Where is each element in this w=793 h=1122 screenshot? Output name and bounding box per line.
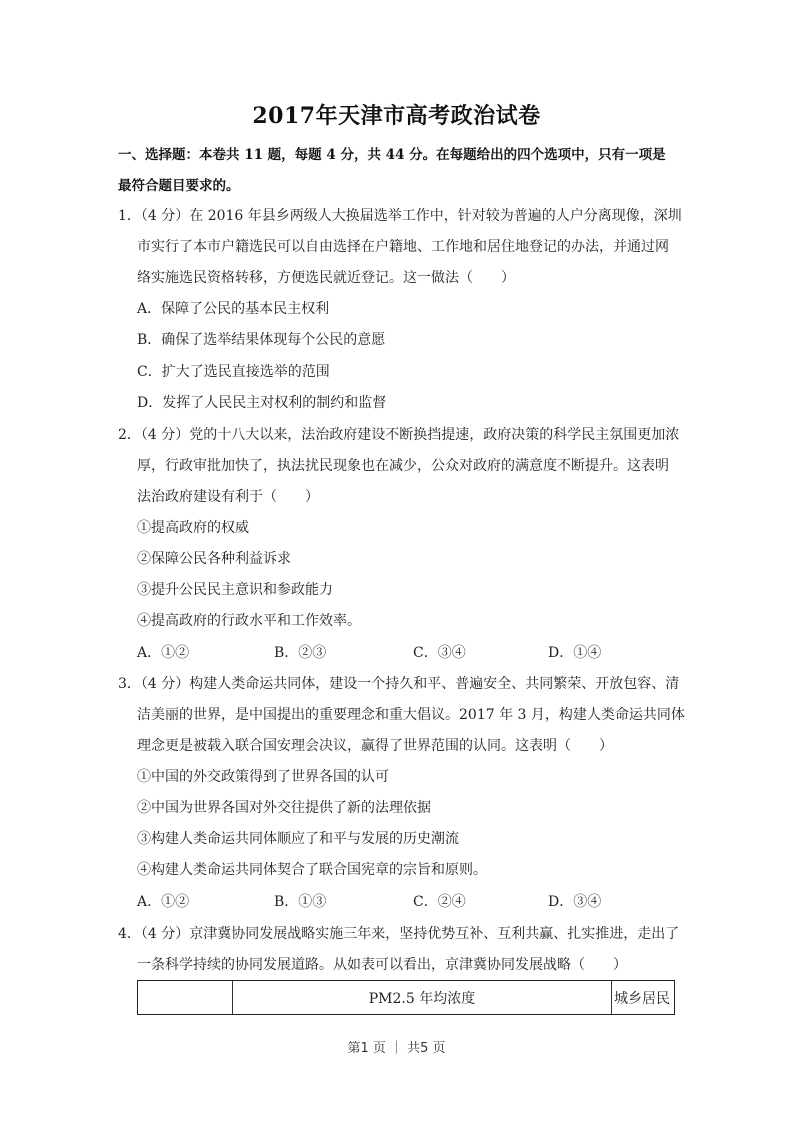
question-3-statement-2: ②中国为世界各国对外交往提供了新的法理依据 — [137, 798, 431, 818]
page-title: 2017年天津市高考政治试卷 — [0, 101, 793, 131]
table-header-pm25: PM2.5 年均浓度 — [233, 981, 612, 1014]
question-2-line-2: 厚，行政审批加快了，执法扰民现象也在减少，公众对政府的满意度不断提升。这表明 — [137, 456, 669, 476]
question-1-line-1: 1．（4 分）在 2016 年县乡两级人大换届选举工作中，针对较为普遍的人户分离… — [118, 206, 682, 226]
question-3-statement-4: ④构建人类命运共同体契合了联合国宪章的宗旨和原则。 — [137, 860, 487, 880]
question-3-option-c: C．②④ — [413, 892, 466, 912]
question-1-line-2: 市实行了本市户籍选民可以自由选择在户籍地、工作地和居住地登记的办法，并通过网 — [137, 237, 669, 257]
question-1-line-3: 络实施选民资格转移，方便选民就近登记。这一做法（ ） — [137, 268, 515, 288]
question-3-option-b: B．①③ — [274, 892, 326, 912]
page-footer: 第1 页 ｜ 共5 页 — [0, 1037, 793, 1056]
section-header-line2: 最符合题目要求的。 — [118, 171, 678, 202]
table-header-blank — [138, 981, 233, 1014]
question-2-statement-1: ①提高政府的权威 — [137, 518, 249, 538]
question-2-statement-3: ③提升公民民主意识和参政能力 — [137, 580, 333, 600]
question-1-option-d: D．发挥了人民民主对权利的制约和监督 — [137, 393, 386, 413]
question-3-statement-3: ③构建人类命运共同体顺应了和平与发展的历史潮流 — [137, 829, 459, 849]
question-2-option-b: B．②③ — [274, 643, 326, 663]
question-1-option-c: C．扩大了选民直接选举的范围 — [137, 362, 330, 382]
question-2-option-c: C．③④ — [413, 643, 466, 663]
question-2-option-d: D．①④ — [548, 643, 601, 663]
question-1-option-a: A．保障了公民的基本民主权利 — [137, 299, 329, 319]
question-4-line-1: 4．（4 分）京津冀协同发展战略实施三年来，坚持优势互补、互利共赢、扎实推进，走… — [118, 924, 679, 944]
table-header-residents: 城乡居民 — [612, 981, 674, 1014]
question-3-option-a: A．①② — [137, 892, 189, 912]
exam-page: 2017年天津市高考政治试卷 一、选择题：本卷共 11 题，每题 4 分，共 4… — [0, 0, 793, 1122]
question-4-line-2: 一条科学持续的协同发展道路。从如表可以看出，京津冀协同发展战略（ ） — [137, 955, 627, 975]
section-header-line1: 一、选择题：本卷共 11 题，每题 4 分，共 44 分。在每题给出的四个选项中… — [118, 140, 678, 171]
question-3-line-2: 洁美丽的世界，是中国提出的重要理念和重大倡议。2017 年 3 月，构建人类命运… — [137, 705, 685, 725]
question-2-option-a: A．①② — [137, 643, 189, 663]
question-2-statement-2: ②保障公民各种利益诉求 — [137, 549, 291, 569]
question-3-statement-1: ①中国的外交政策得到了世界各国的认可 — [137, 767, 389, 787]
question-4-data-table: PM2.5 年均浓度 城乡居民 — [137, 980, 675, 1015]
question-1-option-b: B．确保了选举结果体现每个公民的意愿 — [137, 330, 385, 350]
question-3-line-1: 3．（4 分）构建人类命运共同体，建设一个持久和平、普遍安全、共同繁荣、开放包容… — [118, 674, 679, 694]
question-3-option-d: D．③④ — [548, 892, 601, 912]
question-3-line-3: 理念更是被载入联合国安理会决议，赢得了世界范围的认同。这表明（ ） — [137, 736, 613, 756]
question-2-statement-4: ④提高政府的行政水平和工作效率。 — [137, 611, 361, 631]
question-2-line-3: 法治政府建设有利于（ ） — [137, 487, 319, 507]
question-2-line-1: 2．（4 分）党的十八大以来，法治政府建设不断换挡提速，政府决策的科学民主氛围更… — [118, 425, 679, 445]
